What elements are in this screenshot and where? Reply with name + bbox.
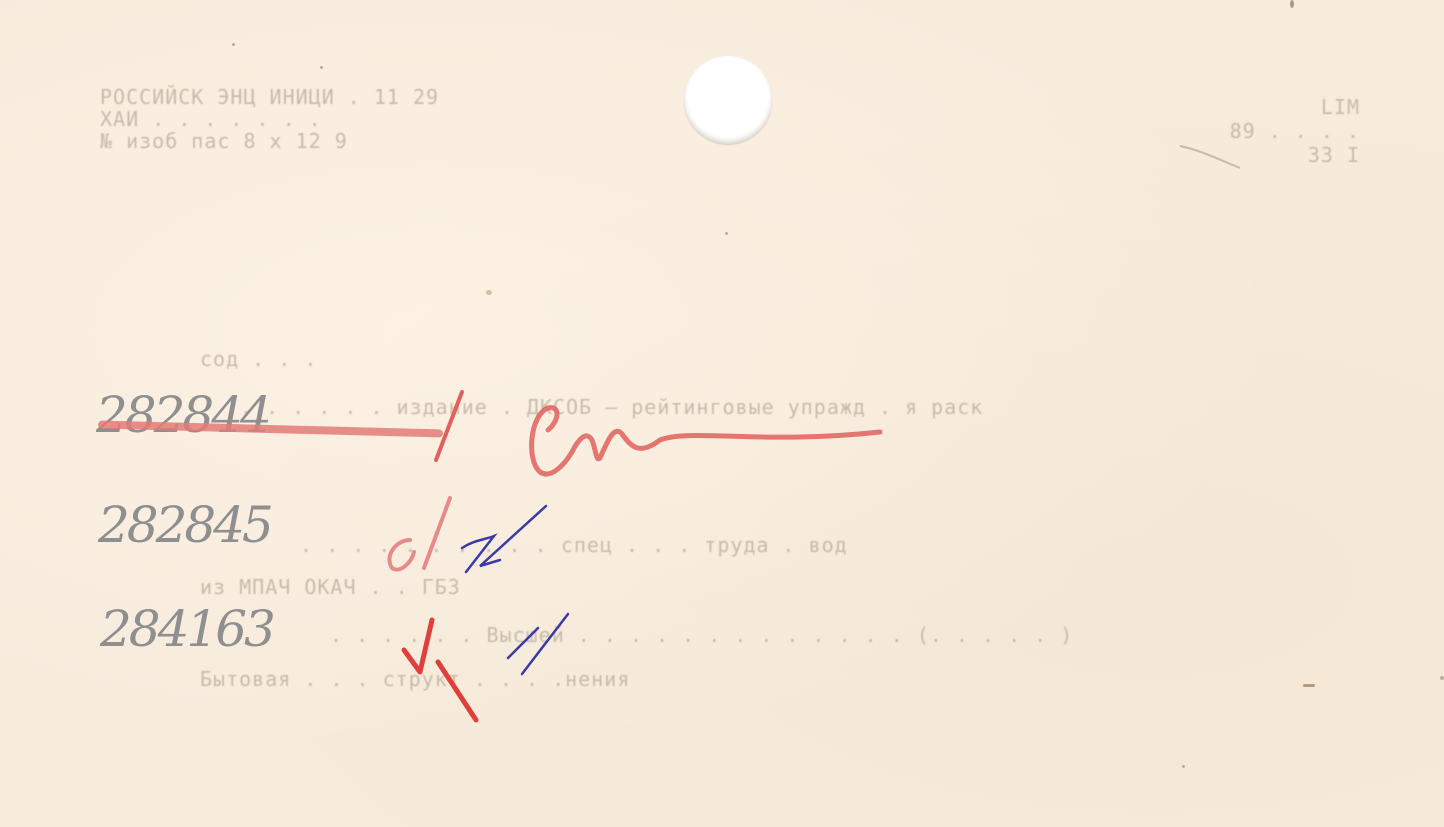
annotation-marks bbox=[0, 0, 1444, 827]
index-card: РОССИЙСК ЭНЦ ИНИЦИ . 11 29 ХАИ . . . . .… bbox=[0, 0, 1444, 827]
pencil-squiggle bbox=[1180, 146, 1240, 168]
red-initials bbox=[532, 408, 880, 474]
red-d-mark bbox=[389, 498, 450, 570]
blue-double-slash bbox=[508, 614, 568, 674]
red-check-mark bbox=[404, 620, 476, 720]
red-slash bbox=[436, 392, 462, 460]
blue-double-slash bbox=[462, 506, 546, 572]
